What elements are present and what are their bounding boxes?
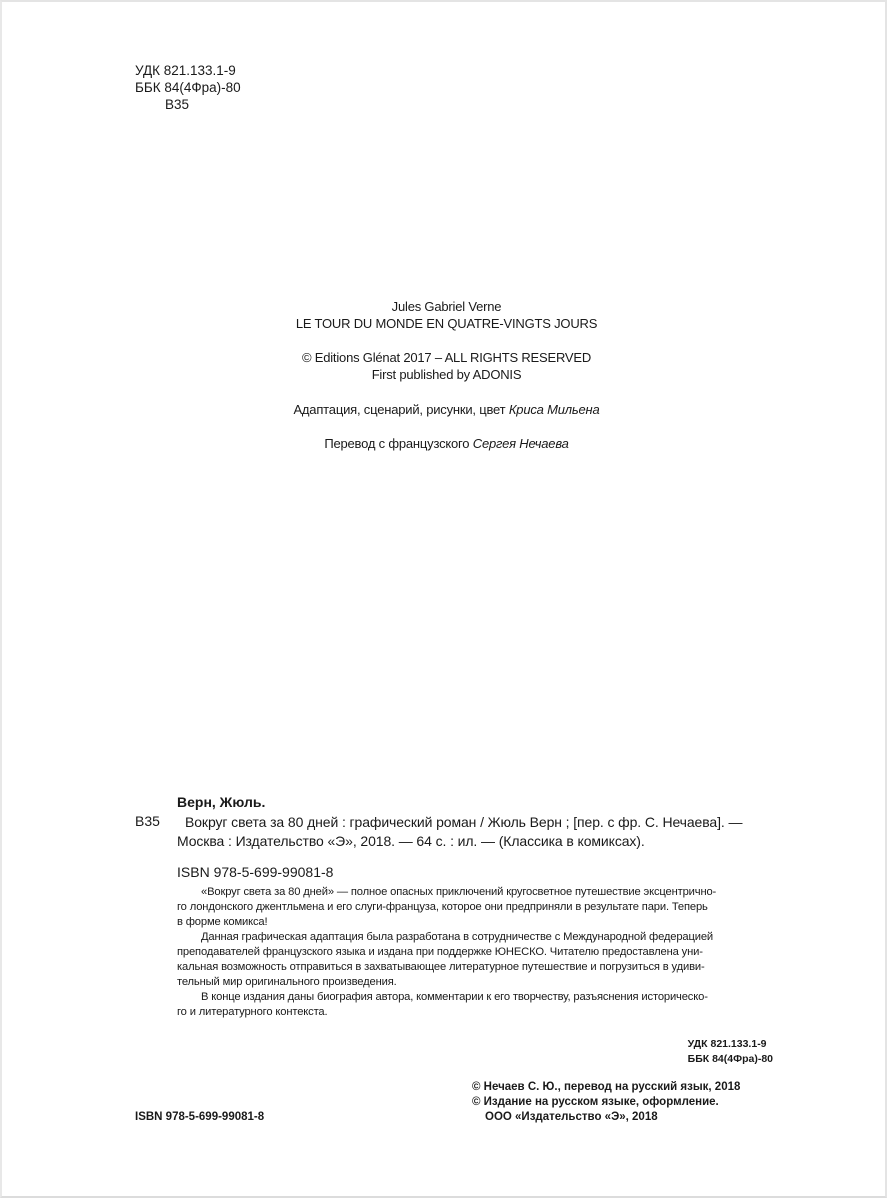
original-title: LE TOUR DU MONDE EN QUATRE-VINGTS JOURS [2,315,889,332]
isbn-bottom: ISBN 978-5-699-99081-8 [135,1111,264,1123]
annotation-line: «Вокруг света за 80 дней» — полное опасн… [177,885,777,900]
annotation: «Вокруг света за 80 дней» — полное опасн… [177,885,777,1020]
annotation-line: го и литературного контекста. [177,1005,777,1020]
udk-code-bottom: УДК 821.133.1-9 [688,1037,773,1052]
copyright-block: © Нечаев С. Ю., перевод на русский язык,… [472,1080,740,1125]
annotation-line: тельный мир оригинального произведения. [177,975,777,990]
catalogue-description-line-2: Москва : Издательство «Э», 2018. — 64 с.… [177,832,742,851]
catalogue-author-mark: В35 [135,813,160,829]
edition-copyright: © Издание на русском языке, оформление. [472,1095,740,1110]
author-mark: В35 [135,96,241,113]
classification-top: УДК 821.133.1-9 ББК 84(4Фра)-80 В35 [135,62,241,113]
original-copyright: © Editions Glénat 2017 – ALL RIGHTS RESE… [2,349,889,366]
udk-code: УДК 821.133.1-9 [135,62,241,79]
original-copyright-block: © Editions Glénat 2017 – ALL RIGHTS RESE… [2,349,889,383]
catalogue-isbn: ISBN 978-5-699-99081-8 [177,864,333,880]
classification-bottom: УДК 821.133.1-9 ББК 84(4Фра)-80 [688,1037,773,1067]
adaptation-label: Адаптация, сценарий, рисунки, цвет [293,402,505,417]
bbk-code-bottom: ББК 84(4Фра)-80 [688,1052,773,1067]
first-published: First published by ADONIS [2,366,889,383]
translation-name: Сергея Нечаева [473,436,569,451]
annotation-line: Данная графическая адаптация была разраб… [177,930,777,945]
annotation-line: го лондонского джентльмена и его слуги-ф… [177,900,777,915]
annotation-line: В конце издания даны биография автора, к… [177,990,777,1005]
annotation-line: преподавателей французского языка и изда… [177,945,777,960]
imprint-page: УДК 821.133.1-9 ББК 84(4Фра)-80 В35 Jule… [0,0,887,1198]
original-author: Jules Gabriel Verne [2,298,889,315]
catalogue-description: Вокруг света за 80 дней : графический ро… [177,813,742,851]
translation-label: Перевод с французского [324,436,469,451]
publisher-copyright: ООО «Издательство «Э», 2018 [472,1110,740,1125]
adaptation-credit: Адаптация, сценарий, рисунки, цвет Криса… [2,401,889,418]
bbk-code: ББК 84(4Фра)-80 [135,79,241,96]
catalogue-description-line-1: Вокруг света за 80 дней : графический ро… [177,813,742,832]
translation-copyright: © Нечаев С. Ю., перевод на русский язык,… [472,1080,740,1095]
annotation-line: кальная возможность отправиться в захват… [177,960,777,975]
annotation-line: в форме комикса! [177,915,777,930]
translation-credit: Перевод с французского Сергея Нечаева [2,435,889,452]
original-edition-info: Jules Gabriel Verne LE TOUR DU MONDE EN … [2,298,889,332]
adaptation-name: Криса Мильена [509,402,600,417]
catalogue-author-heading: Верн, Жюль. [177,794,265,810]
